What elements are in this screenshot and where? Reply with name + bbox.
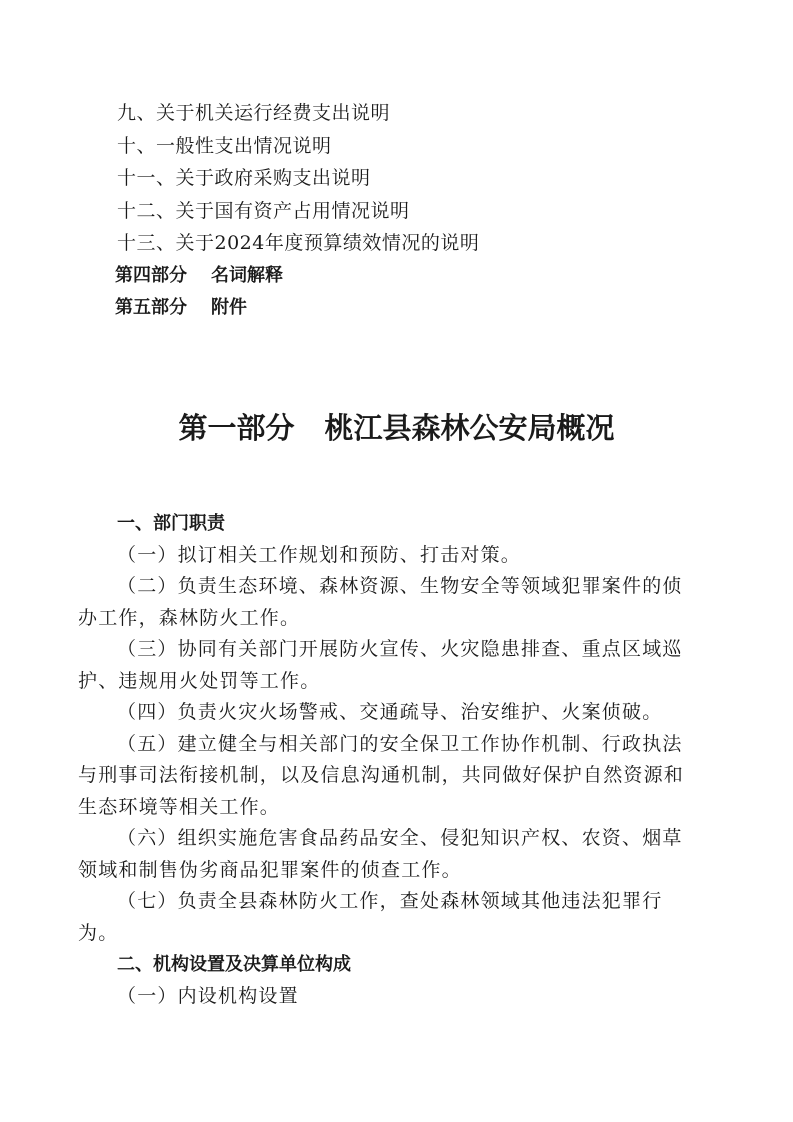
toc-part-label: 第四部分 (115, 265, 187, 286)
section-heading-duties: 一、部门职责 (78, 508, 718, 540)
paragraph-line: （一）拟订相关工作规划和预防、打击对策。 (78, 540, 718, 572)
table-of-contents: 九、关于机关运行经费支出说明 十、一般性支出情况说明 十一、关于政府采购支出说明… (117, 97, 717, 325)
paragraph-line: （五）建立健全与相关部门的安全保卫工作协作机制、行政执法 (78, 729, 718, 761)
chapter-name: 桃江县森林公安局概况 (325, 411, 615, 445)
paragraph-line: （六）组织实施危害食品药品安全、侵犯知识产权、农资、烟草 (78, 823, 718, 855)
toc-item: 十、一般性支出情况说明 (117, 130, 717, 163)
toc-item: 十一、关于政府采购支出说明 (117, 162, 717, 195)
paragraph-duty-5: （五）建立健全与相关部门的安全保卫工作协作机制、行政执法 与刑事司法衔接机制，以… (78, 729, 718, 824)
paragraph-duty-3: （三）协同有关部门开展防火宣传、火灾隐患排查、重点区域巡 护、违规用火处罚等工作… (78, 634, 718, 697)
paragraph-duty-4: （四）负责火灾火场警戒、交通疏导、治安维护、火案侦破。 (78, 697, 718, 729)
toc-item: 十三、关于2024年度预算绩效情况的说明 (117, 227, 717, 260)
toc-part-4: 第四部分名词解释 (115, 260, 717, 293)
chapter-label: 第一部分 (178, 411, 294, 445)
paragraph-line: （二）负责生态环境、森林资源、生物安全等领域犯罪案件的侦 (78, 571, 718, 603)
paragraph-line: 领域和制售伪劣商品犯罪案件的侦查工作。 (78, 855, 718, 887)
section-heading-organization: 二、机构设置及决算单位构成 (78, 949, 718, 981)
paragraph-line: 办工作，森林防火工作。 (78, 603, 718, 635)
document-page: 九、关于机关运行经费支出说明 十、一般性支出情况说明 十一、关于政府采购支出说明… (0, 0, 793, 1122)
toc-item: 十二、关于国有资产占用情况说明 (117, 195, 717, 228)
paragraph-line: （一）内设机构设置 (78, 981, 718, 1013)
paragraph-line: 与刑事司法衔接机制，以及信息沟通机制，共同做好保护自然资源和 (78, 760, 718, 792)
toc-part-title: 名词解释 (211, 265, 283, 286)
paragraph-line: （三）协同有关部门开展防火宣传、火灾隐患排查、重点区域巡 (78, 634, 718, 666)
paragraph-line: 为。 (78, 918, 718, 950)
chapter-title: 第一部分桃江县森林公安局概况 (0, 403, 793, 453)
paragraph-duty-1: （一）拟订相关工作规划和预防、打击对策。 (78, 540, 718, 572)
paragraph-line: 护、违规用火处罚等工作。 (78, 666, 718, 698)
paragraph-duty-6: （六）组织实施危害食品药品安全、侵犯知识产权、农资、烟草 领域和制售伪劣商品犯罪… (78, 823, 718, 886)
toc-part-label: 第五部分 (115, 297, 187, 318)
toc-part-5: 第五部分附件 (115, 292, 717, 325)
paragraph-internal-structure: （一）内设机构设置 (78, 981, 718, 1013)
body-content: 一、部门职责 （一）拟订相关工作规划和预防、打击对策。 （二）负责生态环境、森林… (78, 508, 718, 1012)
paragraph-duty-7: （七）负责全县森林防火工作，查处森林领域其他违法犯罪行 为。 (78, 886, 718, 949)
paragraph-line: （七）负责全县森林防火工作，查处森林领域其他违法犯罪行 (78, 886, 718, 918)
toc-part-title: 附件 (211, 297, 247, 318)
paragraph-line: （四）负责火灾火场警戒、交通疏导、治安维护、火案侦破。 (78, 697, 718, 729)
paragraph-line: 生态环境等相关工作。 (78, 792, 718, 824)
paragraph-duty-2: （二）负责生态环境、森林资源、生物安全等领域犯罪案件的侦 办工作，森林防火工作。 (78, 571, 718, 634)
toc-item: 九、关于机关运行经费支出说明 (117, 97, 717, 130)
